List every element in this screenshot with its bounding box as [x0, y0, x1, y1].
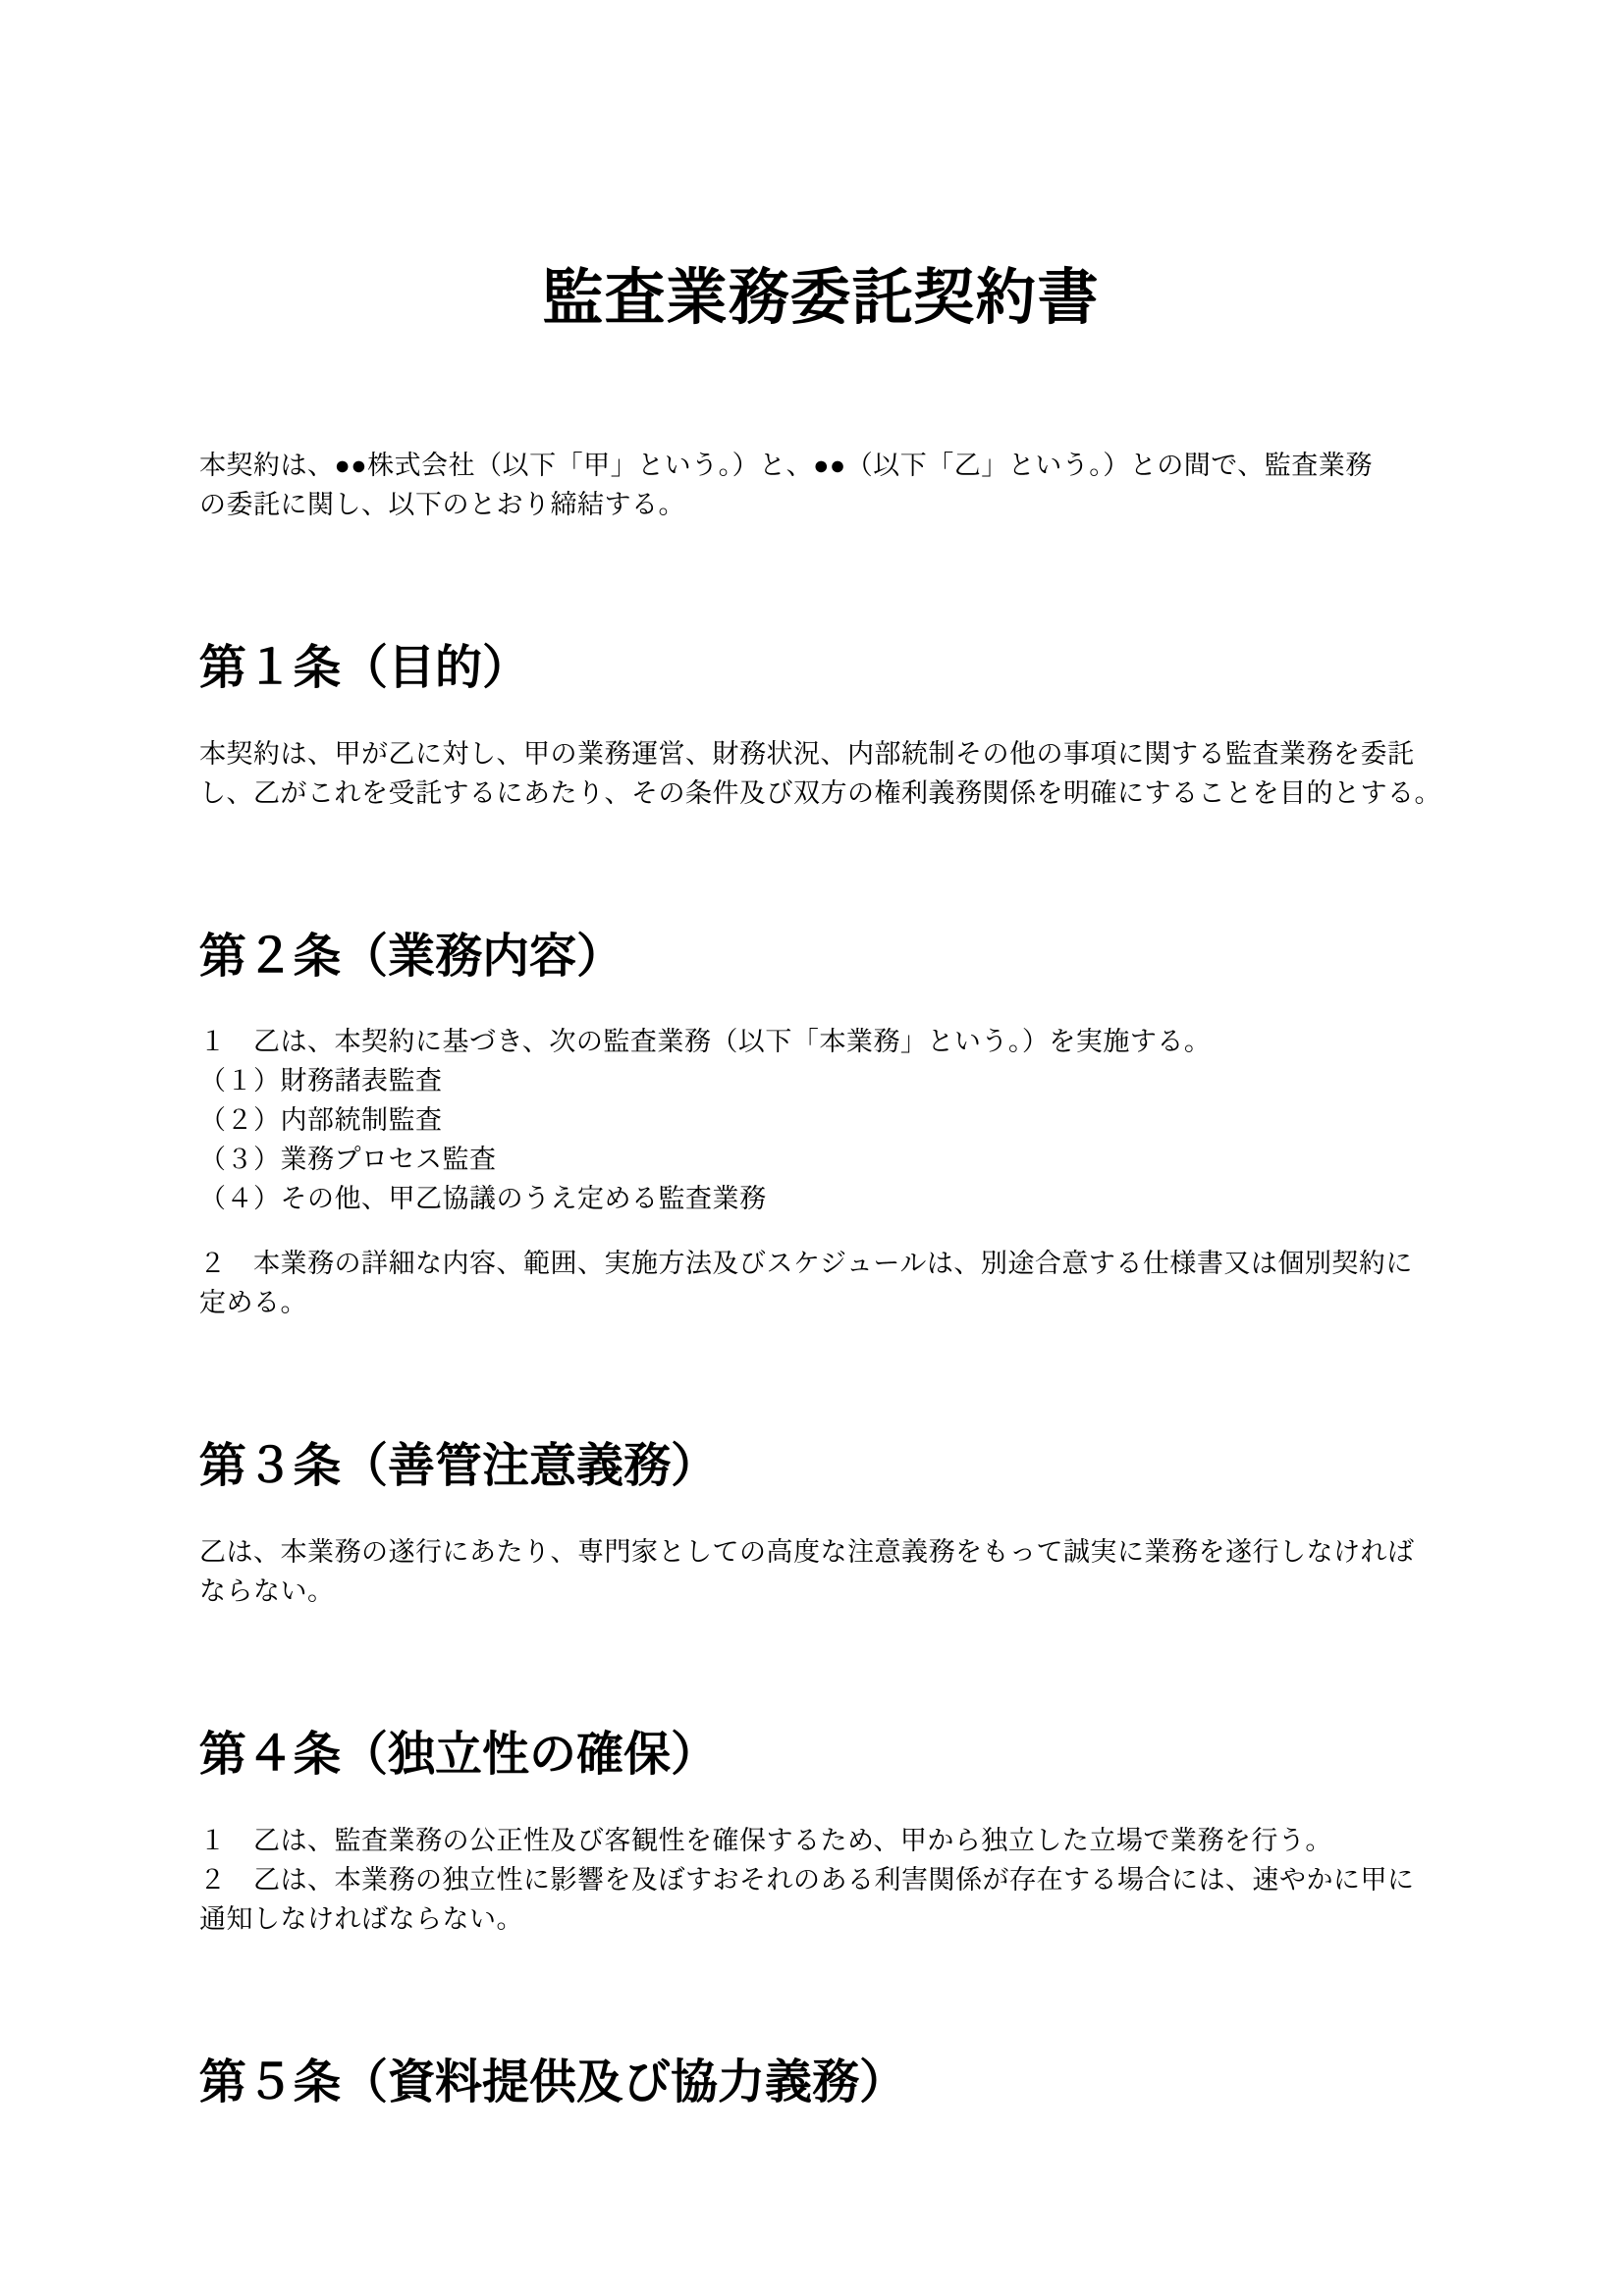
- text-line: 通知しなければならない。: [199, 1899, 1442, 1939]
- preamble: 本契約は、●●株式会社（以下「甲」という。）と、●●（以下「乙」という。）との間…: [199, 446, 1442, 524]
- text-line: 乙は、本業務の遂行にあたり、専門家としての高度な注意義務をもって誠実に業務を遂行…: [199, 1532, 1442, 1572]
- document-content: 監査業務委託契約書 本契約は、●●株式会社（以下「甲」という。）と、●●（以下「…: [0, 0, 1624, 2110]
- text-line: し、乙がこれを受託するにあたり、その条件及び双方の権利義務関係を明確にすることを…: [199, 774, 1442, 813]
- text-line: ２ 本業務の詳細な内容、範囲、実施方法及びスケジュールは、別途合意する仕様書又は…: [199, 1244, 1442, 1283]
- article-2-block-2: ２ 本業務の詳細な内容、範囲、実施方法及びスケジュールは、別途合意する仕様書又は…: [199, 1244, 1442, 1322]
- article-5-heading: 第５条（資料提供及び協力義務）: [199, 2055, 1442, 2111]
- text-line: ならない。: [199, 1572, 1442, 1611]
- article-2-heading: 第２条（業務内容）: [199, 929, 1442, 986]
- article-2: 第２条（業務内容） １ 乙は、本契約に基づき、次の監査業務（以下「本業務」という…: [199, 929, 1442, 1323]
- list-item: （１）財務諸表監査: [199, 1061, 1442, 1100]
- article-4: 第４条（独立性の確保） １ 乙は、監査業務の公正性及び客観性を確保するため、甲か…: [199, 1727, 1442, 1939]
- text-line: 本契約は、甲が乙に対し、甲の業務運営、財務状況、内部統制その他の事項に関する監査…: [199, 734, 1442, 774]
- preamble-line: 本契約は、●●株式会社（以下「甲」という。）と、●●（以下「乙」という。）との間…: [199, 446, 1442, 485]
- list-item: （２）内部統制監査: [199, 1100, 1442, 1140]
- article-3: 第３条（善管注意義務） 乙は、本業務の遂行にあたり、専門家としての高度な注意義務…: [199, 1438, 1442, 1611]
- article-4-heading: 第４条（独立性の確保）: [199, 1727, 1442, 1784]
- text-line: ２ 乙は、本業務の独立性に影響を及ぼすおそれのある利害関係が存在する場合には、速…: [199, 1860, 1442, 1899]
- list-item: （４）その他、甲乙協議のうえ定める監査業務: [199, 1179, 1442, 1218]
- text-line: 定める。: [199, 1283, 1442, 1322]
- article-3-heading: 第３条（善管注意義務）: [199, 1438, 1442, 1495]
- document-page: 監査業務委託契約書 本契約は、●●株式会社（以下「甲」という。）と、●●（以下「…: [0, 0, 1624, 2296]
- page-title: 監査業務委託契約書: [199, 263, 1442, 333]
- text-line: １ 乙は、監査業務の公正性及び客観性を確保するため、甲から独立した立場で業務を行…: [199, 1821, 1442, 1860]
- article-1: 第１条（目的） 本契約は、甲が乙に対し、甲の業務運営、財務状況、内部統制その他の…: [199, 640, 1442, 813]
- article-1-block-1: 本契約は、甲が乙に対し、甲の業務運営、財務状況、内部統制その他の事項に関する監査…: [199, 734, 1442, 813]
- article-2-block-1: １ 乙は、本契約に基づき、次の監査業務（以下「本業務」という。）を実施する。 （…: [199, 1022, 1442, 1218]
- article-5: 第５条（資料提供及び協力義務）: [199, 2055, 1442, 2111]
- list-item: （３）業務プロセス監査: [199, 1140, 1442, 1179]
- article-4-block-1: １ 乙は、監査業務の公正性及び客観性を確保するため、甲から独立した立場で業務を行…: [199, 1821, 1442, 1939]
- article-1-heading: 第１条（目的）: [199, 640, 1442, 697]
- preamble-line: の委託に関し、以下のとおり締結する。: [199, 485, 1442, 524]
- text-line: １ 乙は、本契約に基づき、次の監査業務（以下「本業務」という。）を実施する。: [199, 1022, 1442, 1061]
- article-3-block-1: 乙は、本業務の遂行にあたり、専門家としての高度な注意義務をもって誠実に業務を遂行…: [199, 1532, 1442, 1611]
